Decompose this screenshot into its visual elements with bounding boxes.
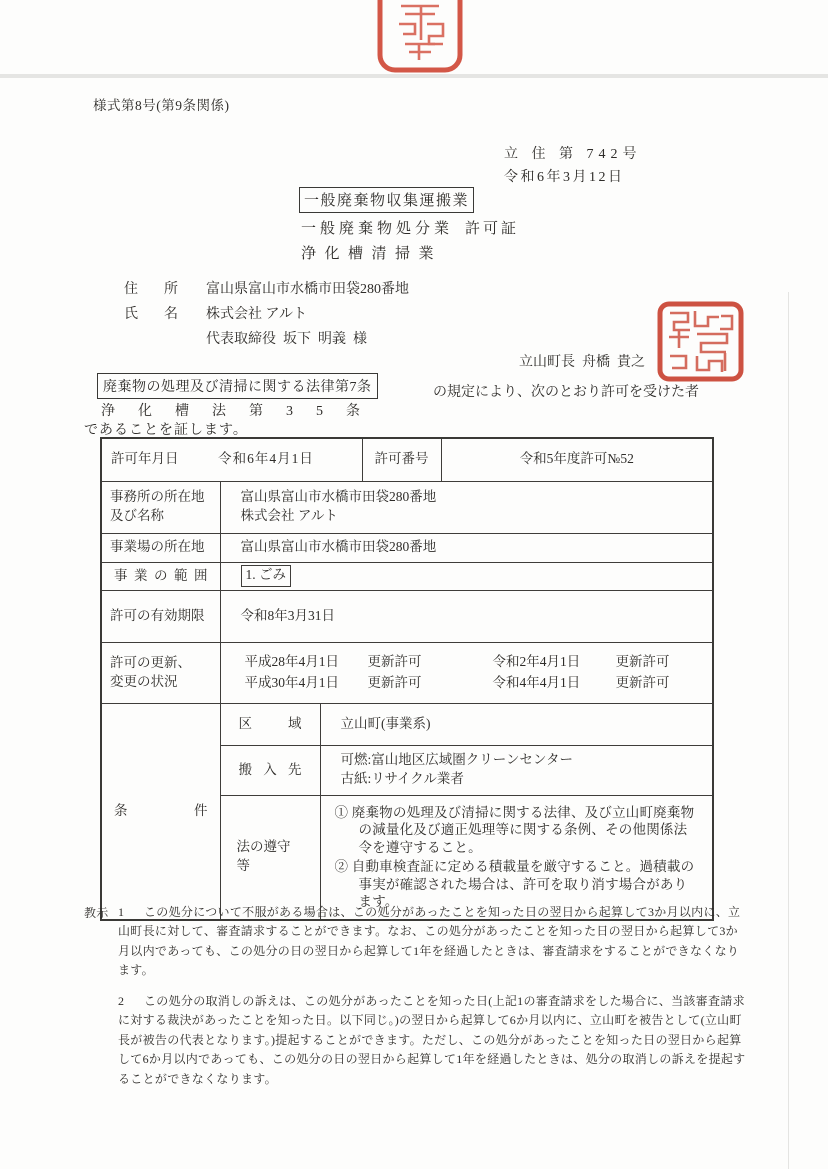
table-row-expiry: 許可の有効期限 令和8年3月31日 [101,590,713,642]
note-text: この処分について不服がある場合は、この処分があったことを知った日の翌日から起算し… [118,905,740,977]
permit-certificate-page: 様式第8号(第9条関係) 立 住 第 742号 令和6年3月12日 一般廃棄物収… [0,0,828,1169]
table-row-office: 事務所の所在地 及び名称 富山県富山市水橋市田袋280番地 株式会社 アルト [101,481,713,533]
renewal-status: 更新許可 [616,674,704,693]
office-label: 事務所の所在地 及び名称 [101,481,220,533]
permit-number-value: 令和5年度許可№52 [441,438,713,481]
destination-label: 搬入先 [229,761,312,780]
renewal-date: 令和4年4月1日 [493,674,616,693]
note-number: 1 [118,903,132,922]
notes-label: 教示 [84,904,109,923]
company-name: 株式会社 アルト [206,307,307,322]
compliance-value-cell: ① 廃棄物の処理及び清掃に関する法律、及び立山町廃棄物の減量化及び適正処理等に関… [320,795,713,920]
addressee-block: 住所富山県富山市水橋市田袋280番地 氏名株式会社 アルト 代表取締役 坂下 明… [124,278,409,353]
scope-label: 事業の範囲 [110,567,212,586]
renewal-label: 許可の更新、 変更の状況 [101,642,220,703]
official-seal-icon [657,301,745,388]
compliance-label-cell: 法の遵守等 [220,795,320,920]
note-number: 2 [118,992,132,1011]
permit-number-label: 許可番号 [371,450,433,469]
office-value: 富山県富山市水橋市田袋280番地 株式会社 アルト [220,481,713,533]
area-label-cell: 区域 [220,703,320,745]
renewal-date: 平成28年4月1日 [245,653,368,672]
renewal-status: 更新許可 [368,674,456,693]
waste-law-boxed: 廃棄物の処理及び清掃に関する法律第7条 [97,373,378,399]
table-row-permit-date: 許可年月日 令和6年4月1日 許可番号 令和5年度許可№52 [101,438,713,481]
conditions-label-cell: 条件 [101,703,220,920]
area-value: 立山町(事業系) [320,703,713,745]
conditions-label: 条件 [110,802,212,821]
table-row-conditions-area: 条件 区域 立山町(事業系) [101,703,713,745]
address-value: 富山県富山市水橋市田袋280番地 [206,282,409,297]
site-label: 事業場の所在地 [101,533,220,562]
area-label: 区域 [229,715,312,734]
business-type-septic-cleaning: 浄化槽清掃業 [299,242,519,263]
table-row-scope: 事業の範囲 1. ごみ [101,562,713,590]
destination-value: 可燃:富山地区広域圏クリーンセンター 古紙:リサイクル業者 [320,745,713,795]
appeal-notes: 教示 1この処分について不服がある場合は、この処分があったことを知った日の翌日か… [84,903,748,1089]
name-label: 氏名 [124,303,178,323]
form-number: 様式第8号(第9条関係) [93,94,230,114]
top-red-stamp-icon [375,0,467,83]
compliance-label: 法の遵守等 [229,838,312,876]
note-text: この処分の取消しの訴えは、この処分があったことを知った日(上記1の審査請求をした… [118,994,745,1086]
permit-table: 許可年月日 令和6年4月1日 許可番号 令和5年度許可№52 事務所の所在地 及… [100,437,714,921]
expiry-value: 令和8年3月31日 [220,590,713,642]
table-row-site: 事業場の所在地 富山県富山市水橋市田袋280番地 [101,533,713,562]
scope-value-cell: 1. ごみ [220,562,713,590]
representative-name: 代表取締役 坂下 明義 様 [206,328,409,353]
permit-number-label-cell: 許可番号 [362,438,441,481]
renewal-value-cell: 平成28年4月1日 更新許可 令和2年4月1日 更新許可 平成30年4月1日 更… [220,642,713,703]
document-number: 立 住 第 742号 [504,143,642,163]
scope-value-boxed: 1. ごみ [241,565,292,587]
business-type-disposal: 一般廃棄物処分業 [301,217,453,238]
certify-text: であることを証します。 [84,419,248,439]
issuer-mayor-name: 立山町長 舟橋 貴之 [519,351,645,371]
site-value: 富山県富山市水橋市田袋280番地 [220,533,713,562]
note-item-2: 2この処分の取消しの訴えは、この処分があったことを知った日(上記1の審査請求をし… [118,992,748,1089]
document-date: 令和6年3月12日 [504,166,625,186]
expiry-label: 許可の有効期限 [101,590,220,642]
permit-date-cell: 許可年月日 令和6年4月1日 [101,438,362,481]
certificate-label: 許可証 [465,217,519,238]
permit-date-label: 許可年月日 [110,450,179,469]
renewal-status: 更新許可 [616,653,704,672]
note-item-1: 1この処分について不服がある場合は、この処分があったことを知った日の翌日から起算… [118,903,748,981]
permit-date-value: 令和6年4月1日 [179,450,354,469]
destination-label-cell: 搬入先 [220,745,320,795]
renewal-line: 平成28年4月1日 更新許可 令和2年4月1日 更新許可 [245,653,705,672]
renewal-date: 平成30年4月1日 [245,674,368,693]
scope-label-cell: 事業の範囲 [101,562,220,590]
business-type-collection-boxed: 一般廃棄物収集運搬業 [299,187,474,213]
provision-text: の規定により、次のとおり許可を受けた者 [433,381,699,401]
compliance-item-1: ① 廃棄物の処理及び清掃に関する法律、及び立山町廃棄物の減量化及び適正処理等に関… [335,804,697,857]
scan-artifact-line-right [788,292,789,1169]
address-label: 住所 [124,278,178,298]
renewal-line: 平成30年4月1日 更新許可 令和4年4月1日 更新許可 [245,674,705,693]
table-row-renewals: 許可の更新、 変更の状況 平成28年4月1日 更新許可 令和2年4月1日 更新許… [101,642,713,703]
renewal-status: 更新許可 [368,653,456,672]
title-block: 一般廃棄物収集運搬業 一般廃棄物処分業 許可証 浄化槽清掃業 [299,187,519,263]
septic-tank-law: 浄化槽法第35条 [101,400,383,420]
renewal-date: 令和2年4月1日 [493,653,616,672]
